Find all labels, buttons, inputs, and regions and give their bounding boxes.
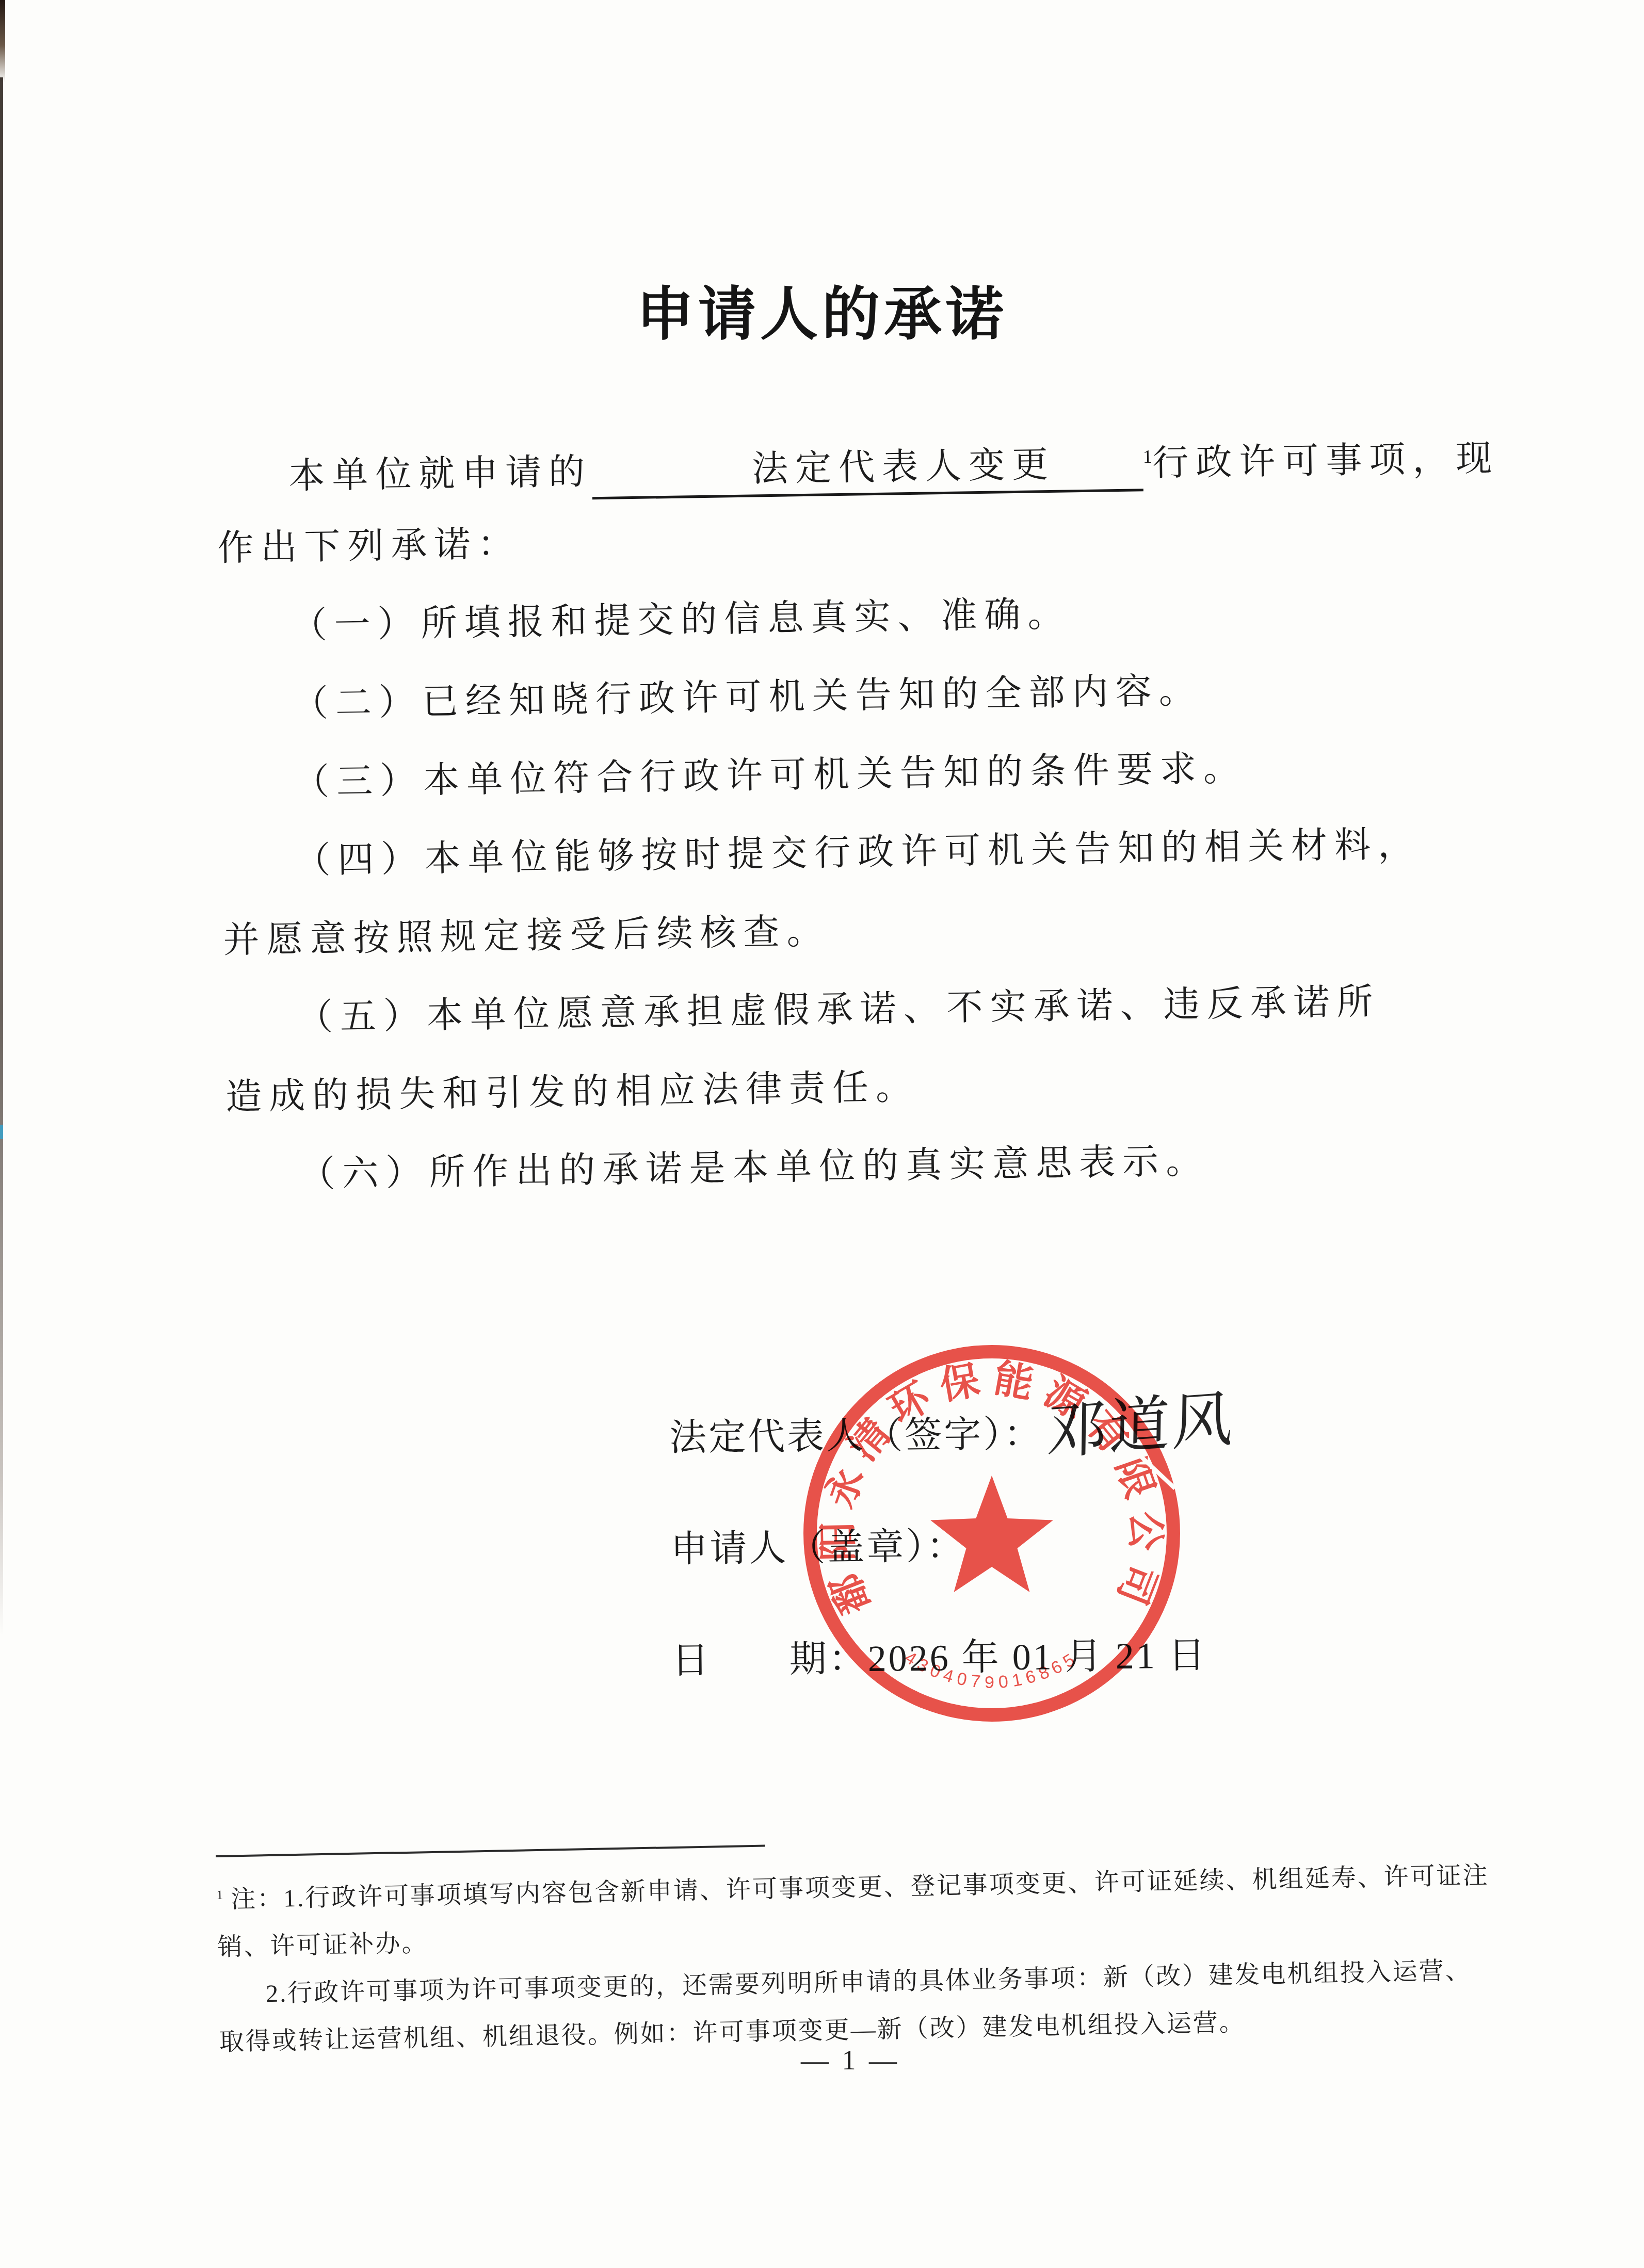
footnote-block: 1 注：1.行政许可事项填写内容包含新申请、许可事项变更、登记事项变更、许可证延… [216, 1830, 1540, 2066]
permit-item-blank-underlined: 法定代表人变更 [592, 440, 1143, 499]
seal-number-text: 4304079016865 [901, 1647, 1082, 1692]
seal-star-icon [930, 1476, 1053, 1592]
scanned-document-page: 申请人的承诺 本单位就申请的法定代表人变更1行政许可事项，现 作出下列承诺： （… [0, 0, 1644, 2268]
intro-pre-text: 本单位就申请的 [288, 452, 592, 497]
commitment-body: 本单位就申请的法定代表人变更1行政许可事项，现 作出下列承诺： （一）所填报和提… [216, 412, 1527, 1216]
page-number: — 1 — [28, 2044, 1644, 2076]
footnote-marker: 1 [216, 1888, 223, 1902]
scan-edge-artifact [0, 0, 5, 83]
footnote-separator [216, 1845, 765, 1857]
company-red-seal: 鄱阳永清环保能源有限公司 4304079016865 [792, 1334, 1192, 1734]
scan-edge-color-speck [0, 1125, 3, 1139]
intro-post-text: 行政许可事项，现 [1152, 439, 1500, 483]
footnote-reference-mark: 1 [1143, 446, 1153, 467]
page-title: 申请人的承诺 [0, 268, 1644, 351]
